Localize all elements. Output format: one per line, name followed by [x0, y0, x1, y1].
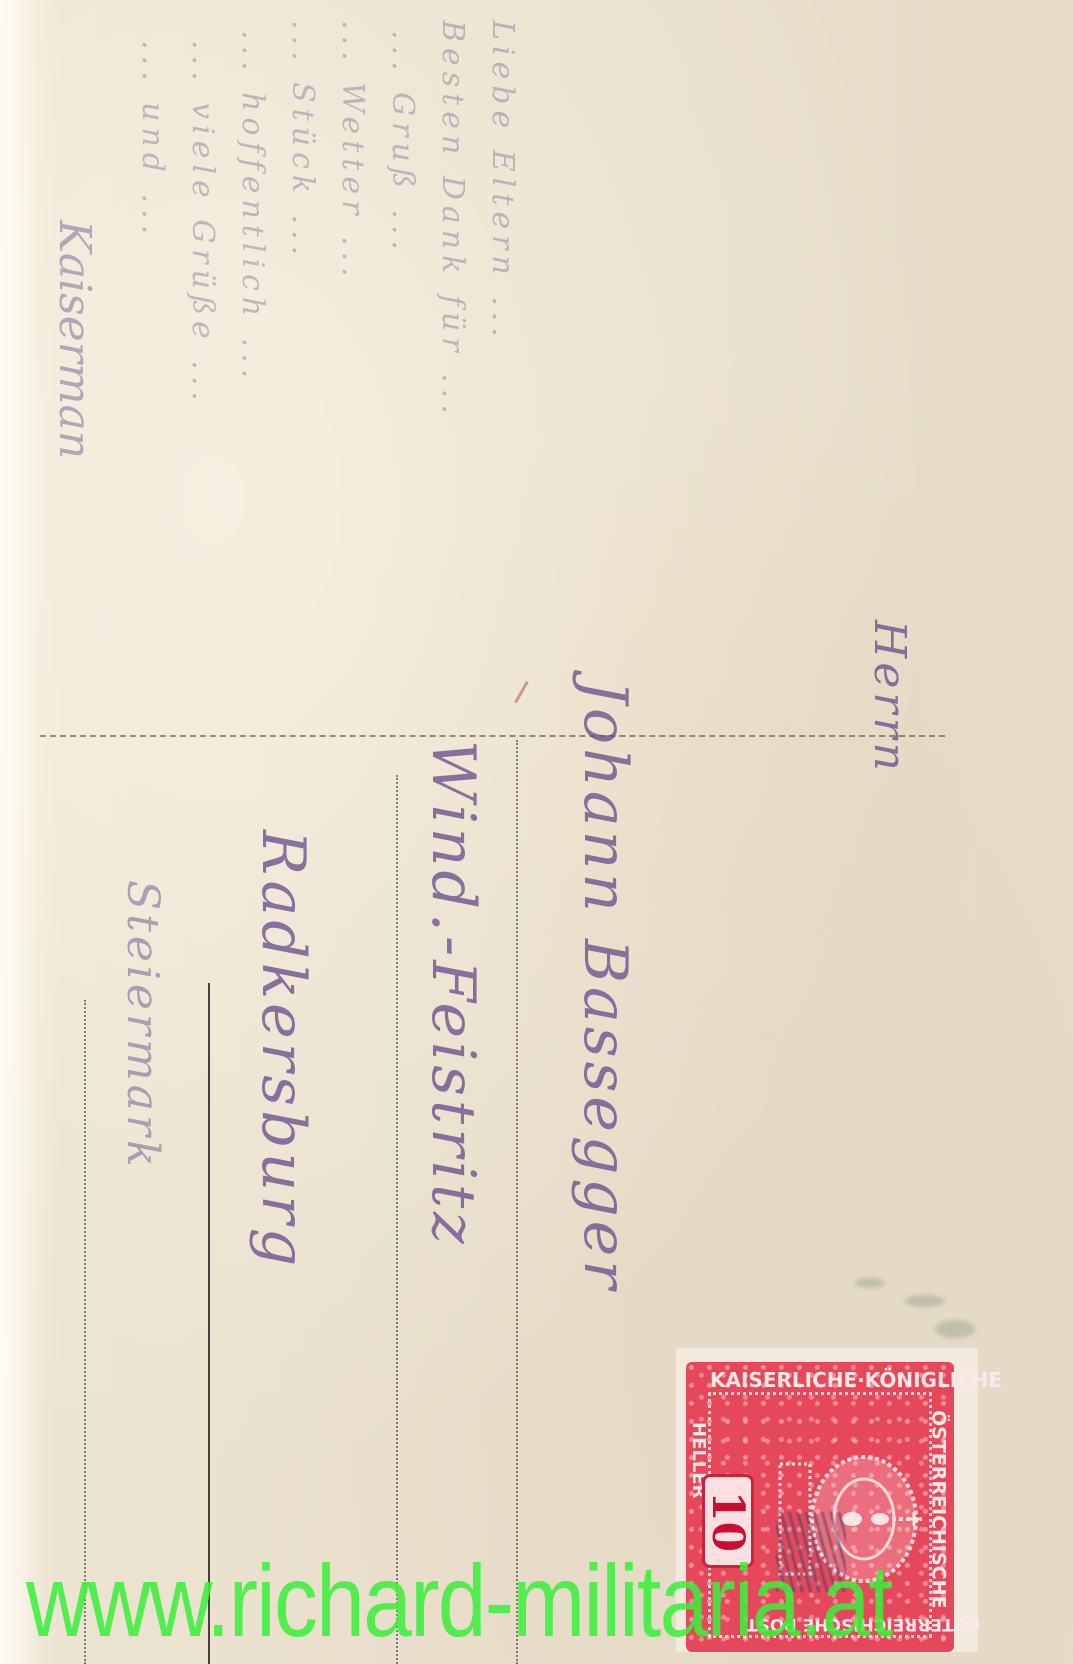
address-line-1 [396, 775, 398, 1664]
message-line: Liebe Eltern ... [485, 20, 520, 343]
ink-stain [514, 681, 529, 703]
address-line-2 [516, 740, 518, 1664]
stamp-value: 10 [703, 1490, 754, 1551]
horizontal-divider [40, 735, 945, 737]
message-line: Besten Dank für ... [435, 20, 470, 420]
address-line: Steiermark [117, 880, 168, 1171]
message-line: ... hoffentlich ... [235, 30, 270, 384]
address-line: Radkersburg [248, 830, 318, 1270]
signature: Kaiserman [49, 220, 100, 459]
message-line: ... Stück ... [285, 20, 320, 261]
message-line: ... Gruß ... [385, 30, 420, 256]
message-line: ... und ... [135, 40, 170, 240]
address-line: Herrn [864, 620, 915, 775]
postmark-smudge [855, 1278, 885, 1288]
address-line: Johann Bassegger [570, 680, 640, 1293]
postcard-back: Liebe Eltern ... Besten Dank für ... ...… [0, 0, 1073, 1664]
address-line: Wind.-Feistritz [418, 740, 488, 1248]
message-line: ... Wetter ... [335, 20, 370, 283]
postmark-smudge [905, 1295, 945, 1307]
paper-edge [0, 0, 40, 1664]
postmark-smudge [935, 1320, 975, 1338]
watermark: www.richard-militaria.at [26, 1550, 891, 1652]
stamp-right-text: ÖSTERREICHISCHE [928, 1410, 950, 1609]
stamp-top-text: KAISERLICHE·KÖNIGLICHE [710, 1368, 1002, 1392]
message-line: ... viele Grüße ... [185, 40, 220, 407]
